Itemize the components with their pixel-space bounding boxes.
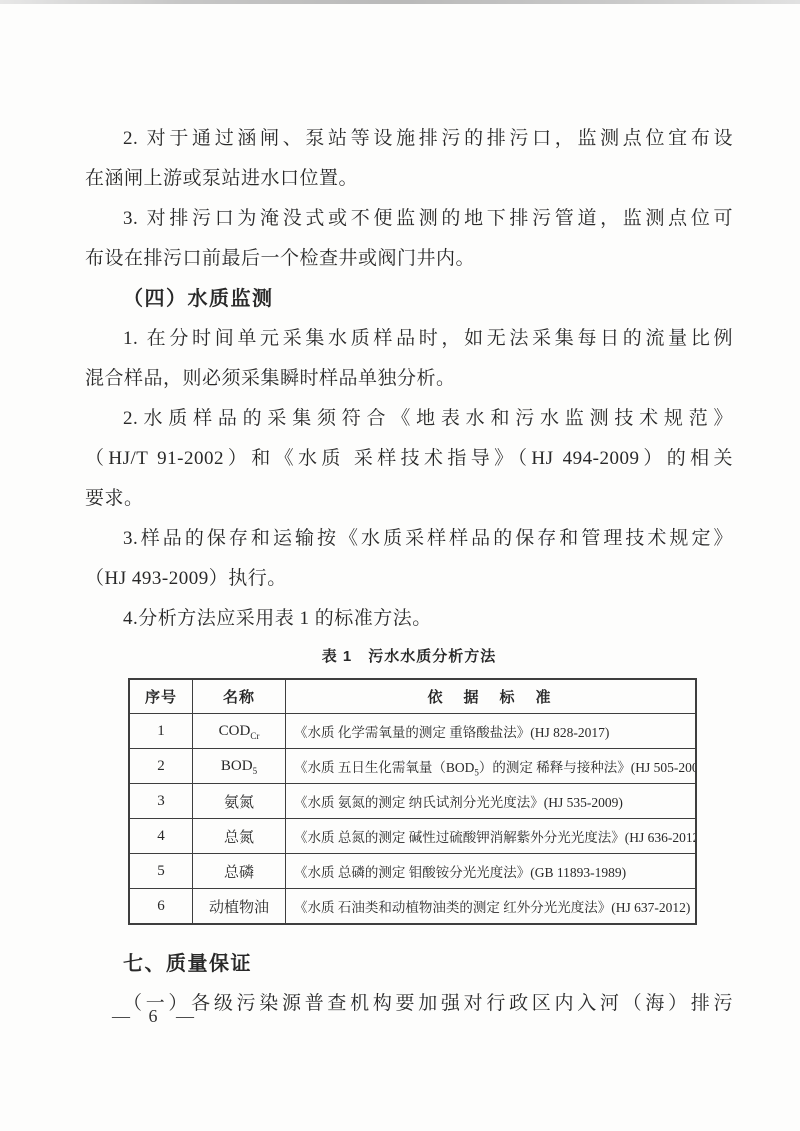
paragraph-line: 4.分析方法应采用表 1 的标准方法。	[85, 606, 733, 632]
paragraph-line: （HJ/T 91-2002）和《水质 采样技术指导》（HJ 494-2009）的…	[85, 446, 733, 472]
column-header-standard: 依 据 标 准	[286, 679, 697, 714]
page-content: 2. 对于通过涵闸、泵站等设施排污的排污口，监测点位宜布设 在涵闸上游或泵站进水…	[85, 126, 733, 1031]
cell-name: CODCr	[193, 714, 286, 749]
table-row: 2 BOD5 《水质 五日生化需氧量（BOD5）的测定 稀释与接种法》(HJ 5…	[129, 749, 696, 784]
cell-standard: 《水质 化学需氧量的测定 重铬酸盐法》(HJ 828-2017)	[286, 714, 697, 749]
page-number: — 6 —	[112, 1006, 196, 1027]
paragraph-line: 2.水质样品的采集须符合《地表水和污水监测技术规范》	[85, 406, 733, 432]
paragraph-line: 要求。	[85, 486, 733, 512]
table-header-row: 序号 名称 依 据 标 准	[129, 679, 696, 714]
section-heading-water-quality: （四）水质监测	[85, 286, 733, 312]
table-row: 5 总磷 《水质 总磷的测定 钼酸铵分光光度法》(GB 11893-1989)	[129, 854, 696, 889]
document-page: 2. 对于通过涵闸、泵站等设施排污的排污口，监测点位宜布设 在涵闸上游或泵站进水…	[0, 0, 800, 1131]
cell-no: 2	[129, 749, 193, 784]
cell-no: 1	[129, 714, 193, 749]
cell-no: 4	[129, 819, 193, 854]
column-header-no: 序号	[129, 679, 193, 714]
section-heading-quality-assurance: 七、质量保证	[85, 951, 733, 977]
cell-standard: 《水质 五日生化需氧量（BOD5）的测定 稀释与接种法》(HJ 505-2009…	[286, 749, 697, 784]
paragraph-line: 3. 对排污口为淹没式或不便监测的地下排污管道，监测点位可	[85, 206, 733, 232]
table-row: 4 总氮 《水质 总氮的测定 碱性过硫酸钾消解紫外分光光度法》(HJ 636-2…	[129, 819, 696, 854]
cell-standard: 《水质 氨氮的测定 纳氏试剂分光光度法》(HJ 535-2009)	[286, 784, 697, 819]
paragraph-line: 混合样品，则必须采集瞬时样品单独分析。	[85, 366, 733, 392]
cell-standard: 《水质 石油类和动植物油类的测定 红外分光光度法》(HJ 637-2012)	[286, 889, 697, 925]
paragraph-line: 在涵闸上游或泵站进水口位置。	[85, 166, 733, 192]
paragraph-line: 2. 对于通过涵闸、泵站等设施排污的排污口，监测点位宜布设	[85, 126, 733, 152]
table-row: 6 动植物油 《水质 石油类和动植物油类的测定 红外分光光度法》(HJ 637-…	[129, 889, 696, 925]
paragraph-line: （HJ 493-2009）执行。	[85, 566, 733, 592]
cell-no: 6	[129, 889, 193, 925]
cell-name: 动植物油	[193, 889, 286, 925]
cell-no: 5	[129, 854, 193, 889]
cell-name: 氨氮	[193, 784, 286, 819]
paragraph-line: 布设在排污口前最后一个检查井或阀门井内。	[85, 246, 733, 272]
cell-no: 3	[129, 784, 193, 819]
column-header-name: 名称	[193, 679, 286, 714]
analysis-methods-table: 序号 名称 依 据 标 准 1 CODCr 《水质 化学需氧量的测定 重铬酸盐法…	[128, 678, 697, 925]
paragraph-line: 3.样品的保存和运输按《水质采样样品的保存和管理技术规定》	[85, 526, 733, 552]
cell-standard: 《水质 总氮的测定 碱性过硫酸钾消解紫外分光光度法》(HJ 636-2012)	[286, 819, 697, 854]
cell-standard: 《水质 总磷的测定 钼酸铵分光光度法》(GB 11893-1989)	[286, 854, 697, 889]
cell-name: 总氮	[193, 819, 286, 854]
cell-name: BOD5	[193, 749, 286, 784]
paragraph-line: 1. 在分时间单元采集水质样品时，如无法采集每日的流量比例	[85, 326, 733, 352]
table-row: 3 氨氮 《水质 氨氮的测定 纳氏试剂分光光度法》(HJ 535-2009)	[129, 784, 696, 819]
scan-artifact	[0, 0, 800, 4]
cell-name: 总磷	[193, 854, 286, 889]
table-row: 1 CODCr 《水质 化学需氧量的测定 重铬酸盐法》(HJ 828-2017)	[129, 714, 696, 749]
table-caption: 表 1 污水水质分析方法	[85, 646, 733, 668]
